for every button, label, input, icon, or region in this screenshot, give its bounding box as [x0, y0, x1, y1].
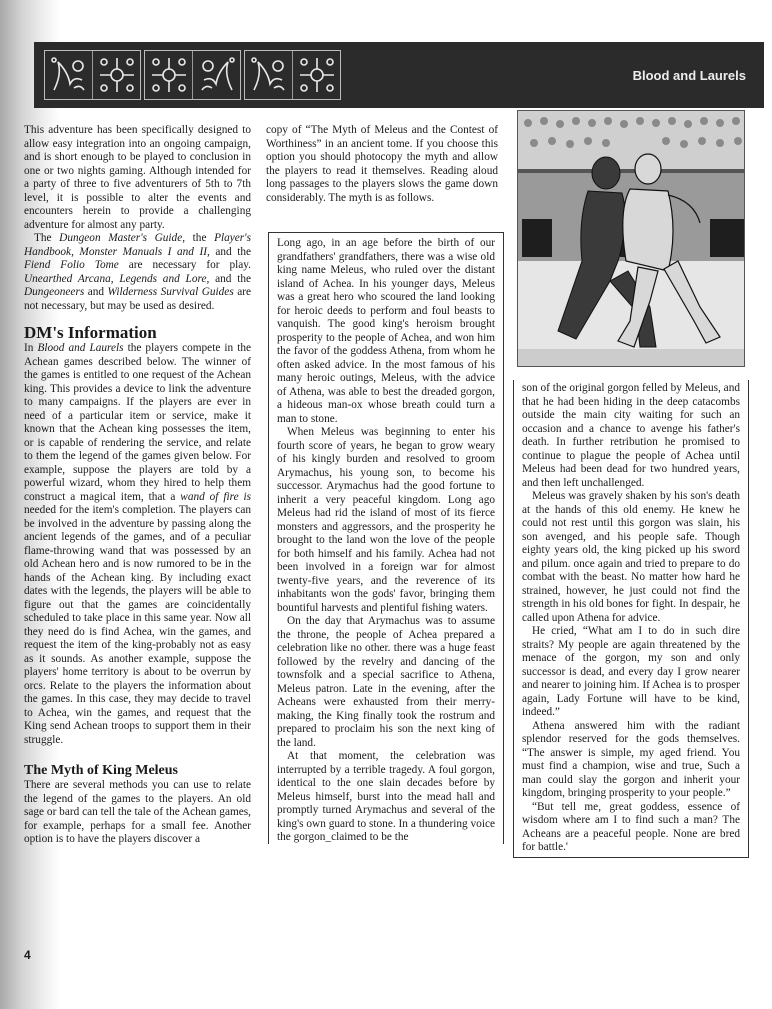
column-1: This adventure has been specifically des… [24, 124, 251, 847]
myth-boxed-text-part-1: Long ago, in an age before the birth of … [268, 232, 504, 844]
myth-boxed-text-part-2: son of the original gorgon felled by Mel… [513, 380, 749, 858]
dragon-ornament-icon [193, 51, 240, 99]
dm-information-heading: DM's Information [24, 323, 251, 342]
required-books-paragraph: The Dungeon Master's Guide, the Player's… [24, 232, 251, 313]
dragon-ornament-icon [45, 51, 93, 99]
myth-paragraph: Athena answered him with the radiant spl… [522, 720, 740, 801]
myth-paragraph: Long ago, in an age before the birth of … [277, 237, 495, 426]
dm-information-paragraph: In Blood and Laurels the players compete… [24, 342, 251, 747]
myth-paragraph: Meleus was gravely shaken by his son's d… [522, 490, 740, 625]
dragon-ornament-icon [245, 51, 293, 99]
myth-heading: The Myth of King Meleus [24, 763, 251, 779]
myth-paragraph: When Meleus was beginning to enter his f… [277, 426, 495, 615]
column-2: copy of “The Myth of Meleus and the Cont… [266, 124, 498, 205]
ornament-group-3 [244, 50, 341, 100]
myth-intro-paragraph: There are several methods you can use to… [24, 779, 251, 847]
header-banner: Blood and Laurels [34, 42, 764, 108]
myth-paragraph: “But tell me, great goddess, essence of … [522, 801, 740, 855]
wrestlers-arena-image-icon [518, 111, 744, 366]
floral-ornament-icon [145, 51, 193, 99]
ornament-group-2 [144, 50, 241, 100]
myth-paragraph: On the day that Arymachus was to assume … [277, 615, 495, 750]
floral-ornament-icon [293, 51, 340, 99]
intro-paragraph: This adventure has been specifically des… [24, 124, 251, 232]
ornament-strip [44, 50, 341, 100]
floral-ornament-icon [93, 51, 140, 99]
myth-paragraph: At that moment, the celebration was inte… [277, 750, 495, 845]
myth-box-content: son of the original gorgon felled by Mel… [522, 382, 740, 855]
wrestlers-illustration [517, 110, 745, 367]
running-header-title: Blood and Laurels [633, 68, 746, 83]
myth-paragraph: He cried, “What am I to do in such dire … [522, 625, 740, 720]
myth-box-content: Long ago, in an age before the birth of … [277, 237, 495, 845]
myth-paragraph: son of the original gorgon felled by Mel… [522, 382, 740, 490]
page-number: 4 [24, 948, 31, 962]
ornament-group-1 [44, 50, 141, 100]
myth-intro-continued: copy of “The Myth of Meleus and the Cont… [266, 124, 498, 205]
